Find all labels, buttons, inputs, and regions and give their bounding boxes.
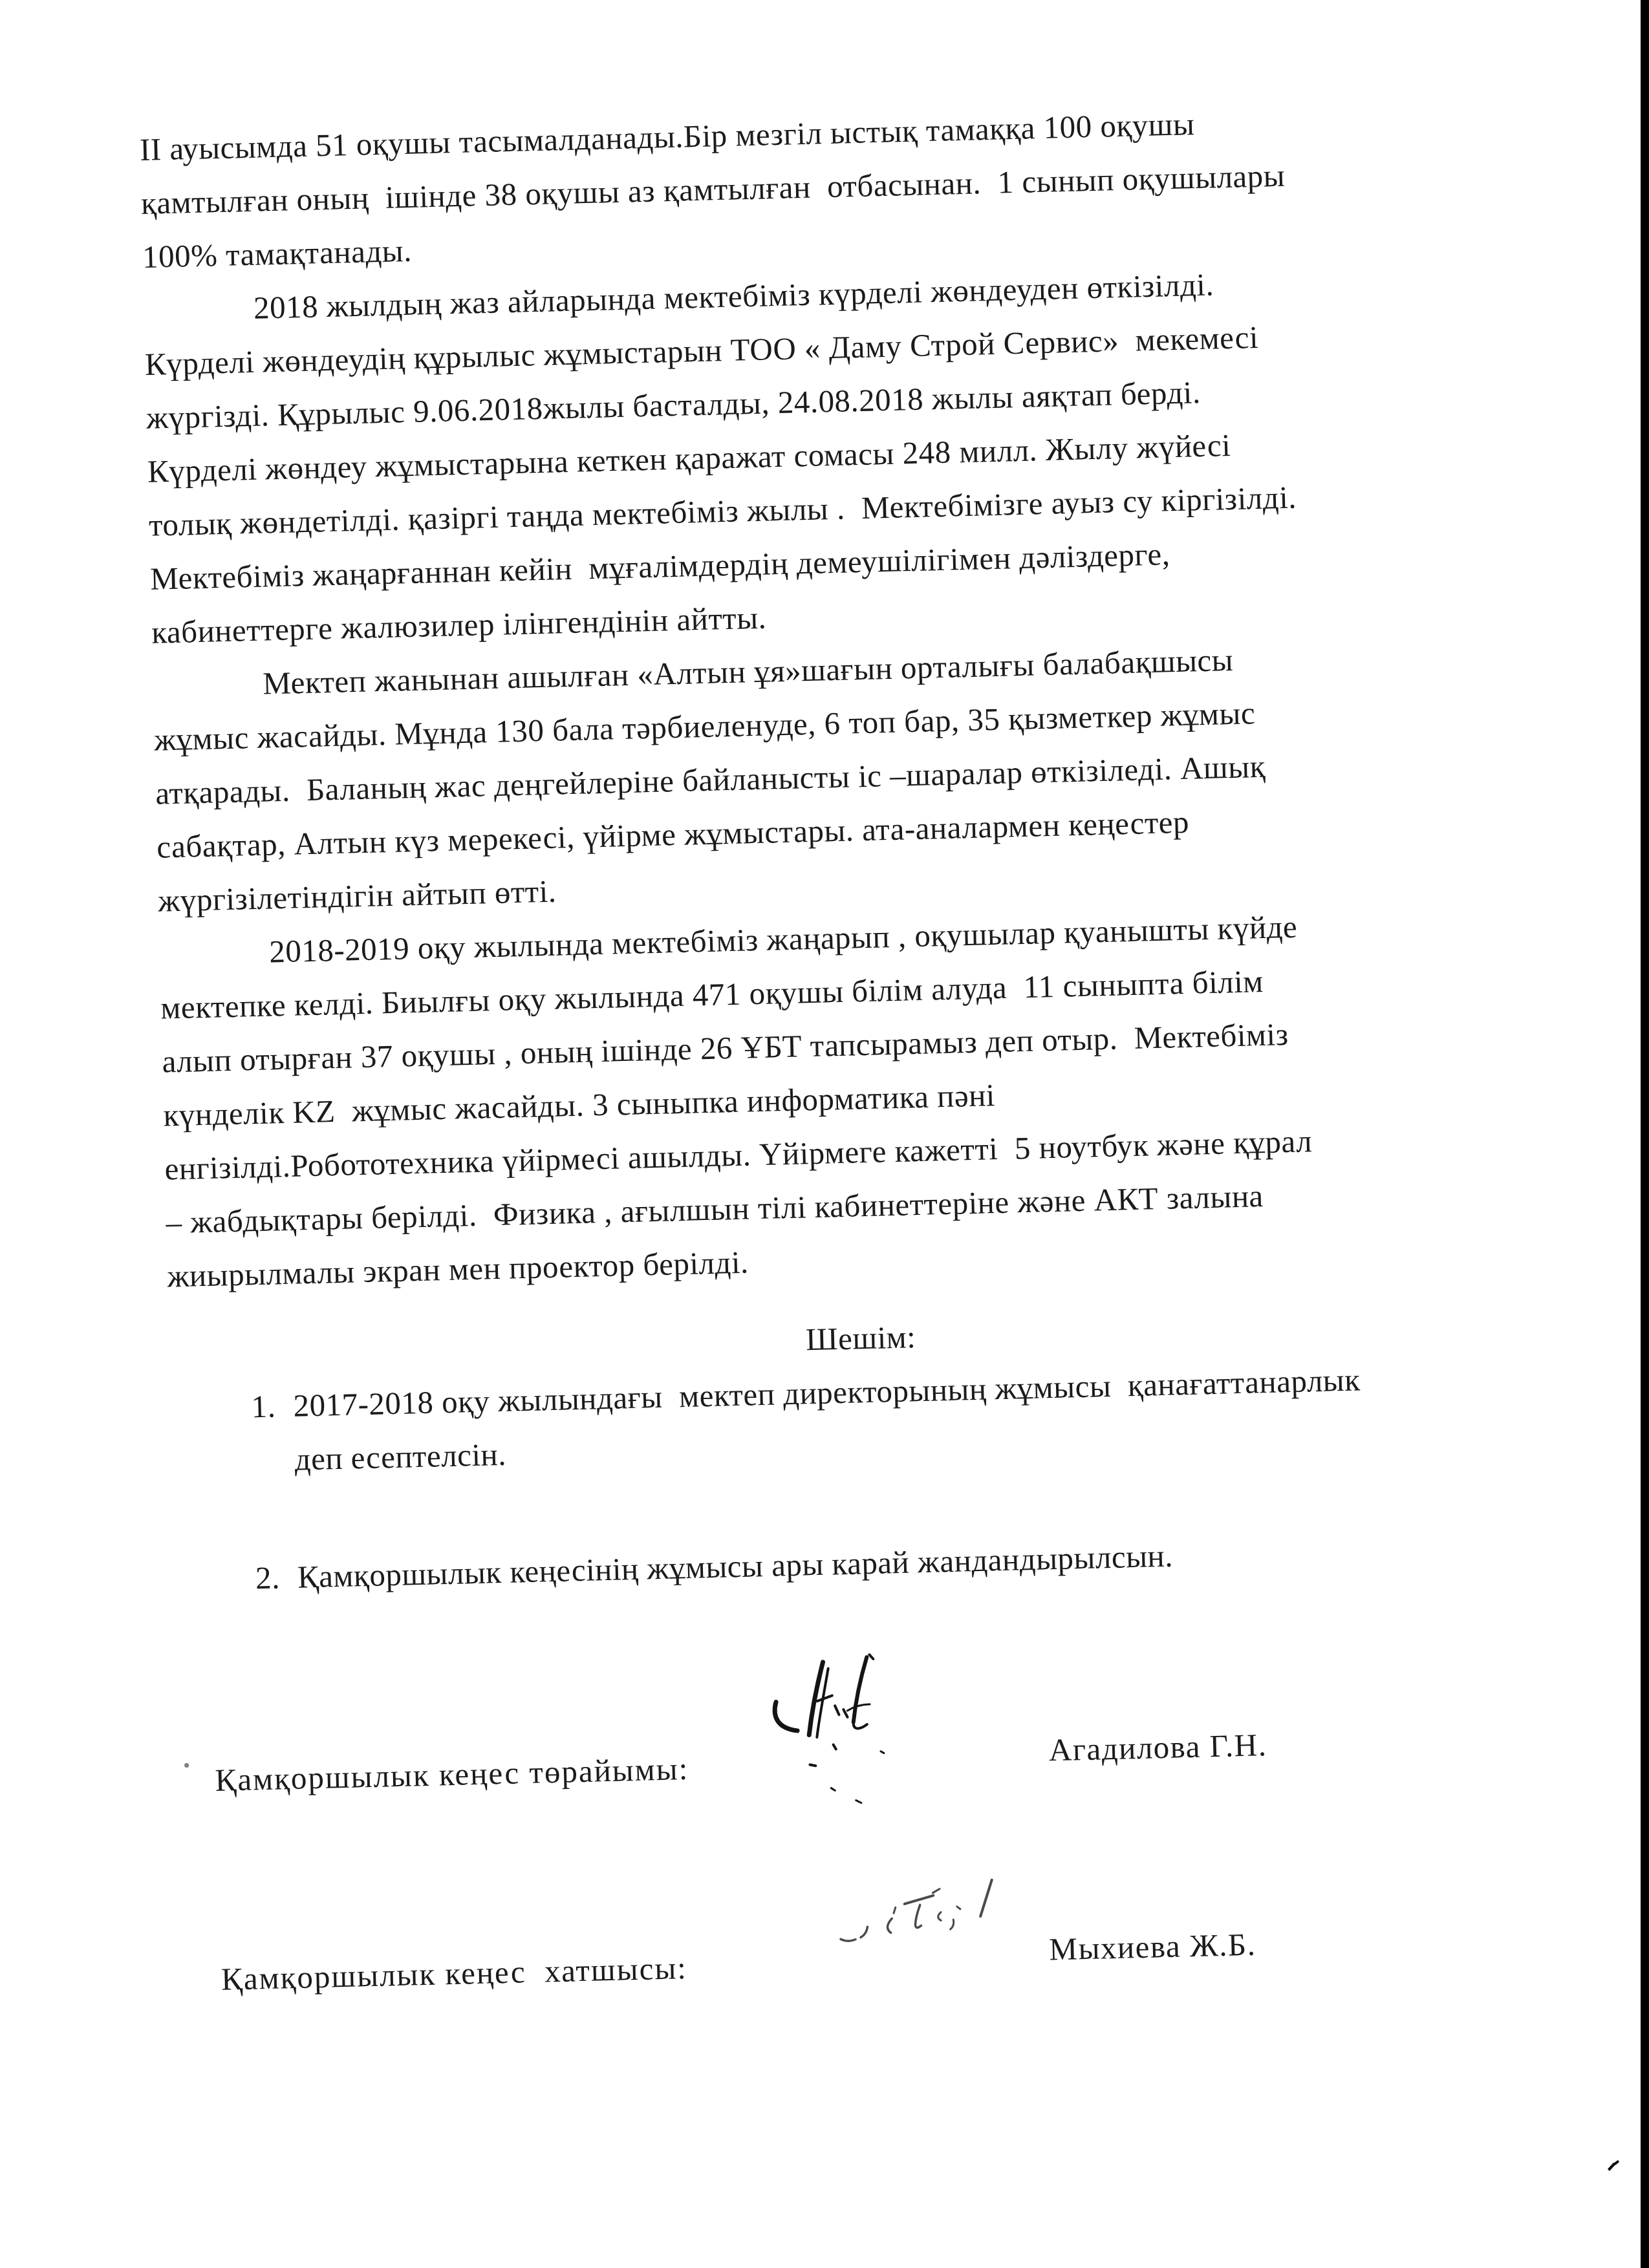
body-paragraphs: ІІ ауысымда 51 оқушы тасымалданады.Бір м…: [139, 89, 1551, 1303]
paragraph: Мектеп жанынан ашылған «Алтын ұя»шағын о…: [152, 625, 1542, 927]
ink-mark: [1605, 2158, 1624, 2175]
text-line: Қамқоршылык кеңесінің жұмысы ары карай ж…: [297, 1519, 1558, 1604]
signatory-name-chair: Агадилова Г.Н.: [1048, 1718, 1267, 1777]
decision-item-number: 2.: [255, 1550, 281, 1605]
paragraph: 2018 жылдың жаз айларында мектебіміз күр…: [143, 250, 1536, 659]
signature-row-chair: Қамқоршылык кеңес төрайымы:: [179, 1720, 1564, 1808]
document-content: ІІ ауысымда 51 оқушы тасымалданады.Бір м…: [139, 89, 1569, 2007]
signature-label-chair: Қамқоршылык кеңес төрайымы:: [215, 1742, 690, 1807]
ink-speck: [184, 1763, 189, 1768]
scan-edge-artifact: [1641, 0, 1649, 2268]
handwritten-signature-chair: [768, 1653, 892, 1826]
decision-item: 2.Қамқоршылык кеңесінің жұмысы ары карай…: [174, 1519, 1558, 1607]
signature-label-secretary: Қамқоршылык кеңес хатшысы:: [221, 1941, 688, 2006]
paragraph: 2018-2019 оқу жылында мектебіміз жаңарып…: [158, 893, 1551, 1303]
decision-items-list: 1.2017-2018 оқу жылындағы мектеп директо…: [170, 1348, 1559, 1607]
scanned-document-page: ІІ ауысымда 51 оқушы тасымалданады.Бір м…: [0, 0, 1649, 2268]
handwritten-signature-secretary: [829, 1878, 1012, 1954]
signatory-name-secretary: Мыхиева Ж.Б.: [1048, 1918, 1256, 1976]
signature-row-secretary: Қамқоршылык кеңес хатшысы: Мыхиева Ж.Б.: [184, 1920, 1568, 2007]
decision-item-number: 1.: [251, 1379, 277, 1433]
